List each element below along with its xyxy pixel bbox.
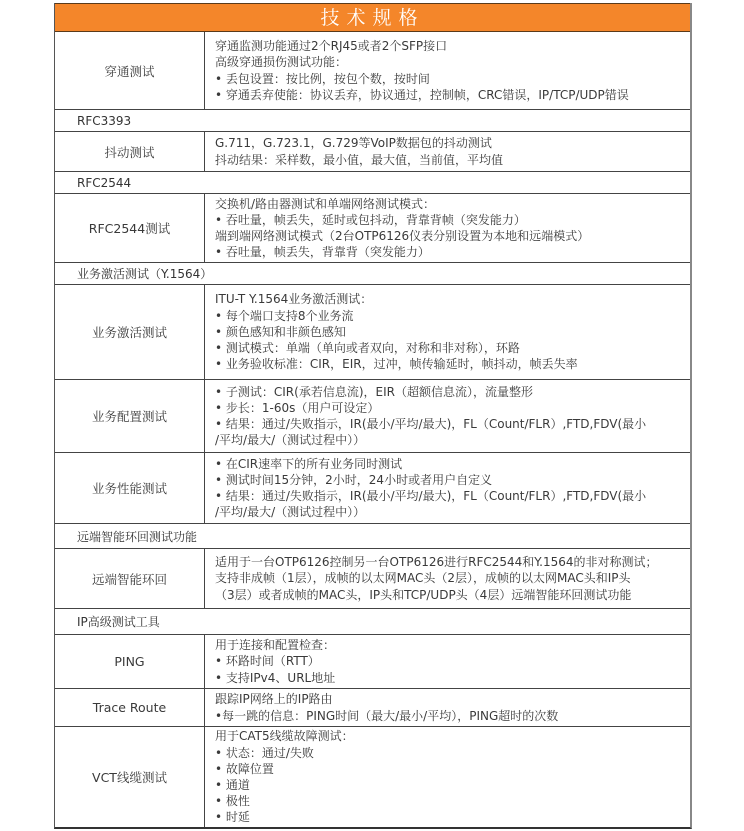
spec-line: （3层）或者成帧的MAC头，IP头和TCP/UDP头（4层）远端智能环回测试功能 [215,587,690,603]
section-header-row: IP高级测试工具 [55,608,690,634]
spec-label: 业务配置测试 [55,380,205,452]
spec-description: G.711，G.723.1，G.729等VoIP数据包的抖动测试抖动结果：采样数… [205,132,690,171]
spec-line: • 极性 [215,793,690,809]
spec-line: 用于连接和配置检查： [215,637,690,653]
section-header-row: 业务激活测试（Y.1564） [55,262,690,284]
spec-label: 穿通测试 [55,32,205,109]
spec-row: 抖动测试G.711，G.723.1，G.729等VoIP数据包的抖动测试抖动结果… [55,131,690,171]
spec-line: 交换机/路由器测试和单端网络测试模式： [215,196,690,212]
spec-line: •每一跳的信息：PING时间（最大/最小/平均），PING超时的次数 [215,708,690,724]
spec-line: 支持非成帧（1层），成帧的以太网MAC头（2层），成帧的以太网MAC头和IP头 [215,570,690,586]
spec-description: 用于CAT5线缆故障测试：• 状态：通过/失败• 故障位置• 通道• 极性• 时… [205,727,690,827]
spec-table-body: 穿通测试穿通监测功能通过2个RJ45或者2个SFP接口高级穿通损伤测试功能：• … [55,32,690,827]
spec-line: /平均/最大/（测试过程中）） [215,504,690,520]
spec-line: • 故障位置 [215,761,690,777]
spec-line: 跟踪IP网络上的IP路由 [215,691,690,707]
section-title: RFC2544 [55,172,131,193]
spec-line: • 结果：通过/失败指示，IR(最小/平均/最大)，FL（Count/FLR）,… [215,488,690,504]
spec-row: 远端智能环回适用于一台OTP6126控制另一台OTP6126进行RFC2544和… [55,548,690,608]
spec-description: 交换机/路由器测试和单端网络测试模式：• 吞吐量，帧丢失，延时或包抖动，背靠背帧… [205,194,690,262]
spec-label: 业务激活测试 [55,285,205,379]
spec-table-title: 技术规格 [55,3,690,32]
spec-label: RFC2544测试 [55,194,205,262]
spec-line: G.711，G.723.1，G.729等VoIP数据包的抖动测试 [215,135,690,151]
spec-row: Trace Route跟踪IP网络上的IP路由•每一跳的信息：PING时间（最大… [55,688,690,726]
spec-label: 抖动测试 [55,132,205,171]
spec-row: 穿通测试穿通监测功能通过2个RJ45或者2个SFP接口高级穿通损伤测试功能：• … [55,32,690,109]
spec-line: • 状态：通过/失败 [215,745,690,761]
spec-label: VCT线缆测试 [55,727,205,827]
spec-line: 高级穿通损伤测试功能： [215,54,690,70]
spec-line: 抖动结果：采样数，最小值，最大值，当前值，平均值 [215,152,690,168]
spec-description: • 在CIR速率下的所有业务同时测试• 测试时间15分钟，2小时，24小时或者用… [205,453,690,523]
spec-line: • 吞吐量，帧丢失，延时或包抖动，背靠背帧（突发能力） [215,212,690,228]
section-title: 业务激活测试（Y.1564） [55,263,212,284]
spec-label: 远端智能环回 [55,549,205,608]
spec-line: 用于CAT5线缆故障测试： [215,728,690,744]
section-header-row: RFC3393 [55,109,690,131]
spec-line: • 颜色感知和非颜色感知 [215,324,690,340]
spec-line: • 时延 [215,809,690,825]
spec-row: VCT线缆测试用于CAT5线缆故障测试：• 状态：通过/失败• 故障位置• 通道… [55,726,690,827]
spec-row: 业务激活测试ITU-T Y.1564业务激活测试：• 每个端口支持8个业务流• … [55,284,690,379]
spec-line: ITU-T Y.1564业务激活测试： [215,291,690,307]
spec-line: • 每个端口支持8个业务流 [215,308,690,324]
spec-description: 跟踪IP网络上的IP路由•每一跳的信息：PING时间（最大/最小/平均），PIN… [205,689,690,726]
spec-line: • 在CIR速率下的所有业务同时测试 [215,456,690,472]
spec-line: • 测试模式：单端（单向或者双向，对称和非对称），环路 [215,340,690,356]
spec-line: 穿通监测功能通过2个RJ45或者2个SFP接口 [215,38,690,54]
spec-line: • 支持IPv4、URL地址 [215,670,690,686]
spec-line: • 吞吐量，帧丢失，背靠背（突发能力） [215,244,690,260]
spec-line: • 测试时间15分钟，2小时，24小时或者用户自定义 [215,472,690,488]
spec-row: 业务配置测试• 子测试：CIR(承若信息流)，EIR（超额信息流），流量整形• … [55,379,690,452]
spec-description: ITU-T Y.1564业务激活测试：• 每个端口支持8个业务流• 颜色感知和非… [205,285,690,379]
spec-line: • 环路时间（RTT） [215,653,690,669]
spec-description: 用于连接和配置检查：• 环路时间（RTT）• 支持IPv4、URL地址 [205,635,690,688]
spec-line: 适用于一台OTP6126控制另一台OTP6126进行RFC2544和Y.1564… [215,554,690,570]
spec-line: • 业务验收标准：CIR，EIR，过冲，帧传输延时，帧抖动，帧丢失率 [215,356,690,372]
spec-row: PING用于连接和配置检查：• 环路时间（RTT）• 支持IPv4、URL地址 [55,634,690,688]
spec-row: 业务性能测试• 在CIR速率下的所有业务同时测试• 测试时间15分钟，2小时，2… [55,452,690,523]
spec-row: RFC2544测试交换机/路由器测试和单端网络测试模式：• 吞吐量，帧丢失，延时… [55,193,690,262]
section-header-row: RFC2544 [55,171,690,193]
spec-line: /平均/最大/（测试过程中）） [215,432,690,448]
section-title: RFC3393 [55,110,131,131]
spec-line: • 子测试：CIR(承若信息流)，EIR（超额信息流），流量整形 [215,384,690,400]
spec-description: 适用于一台OTP6126控制另一台OTP6126进行RFC2544和Y.1564… [205,549,690,608]
spec-line: • 丢包设置：按比例，按包个数，按时间 [215,71,690,87]
spec-label: PING [55,635,205,688]
spec-line: • 通道 [215,777,690,793]
spec-line: 端到端网络测试模式（2台OTP6126仪表分别设置为本地和远端模式） [215,228,690,244]
spec-label: Trace Route [55,689,205,726]
section-title: 远端智能环回测试功能 [55,524,197,548]
spec-description: • 子测试：CIR(承若信息流)，EIR（超额信息流），流量整形• 步长：1-6… [205,380,690,452]
spec-line: • 结果：通过/失败指示，IR(最小/平均/最大)，FL（Count/FLR）,… [215,416,690,432]
spec-line: • 步长：1-60s（用户可设定） [215,400,690,416]
spec-description: 穿通监测功能通过2个RJ45或者2个SFP接口高级穿通损伤测试功能：• 丢包设置… [205,32,690,109]
section-title: IP高级测试工具 [55,609,160,634]
spec-line: • 穿通丢弃使能：协议丢弃，协议通过，控制帧，CRC错误，IP/TCP/UDP错… [215,87,690,103]
spec-table: 技术规格 穿通测试穿通监测功能通过2个RJ45或者2个SFP接口高级穿通损伤测试… [54,3,692,829]
section-header-row: 远端智能环回测试功能 [55,523,690,548]
spec-label: 业务性能测试 [55,453,205,523]
